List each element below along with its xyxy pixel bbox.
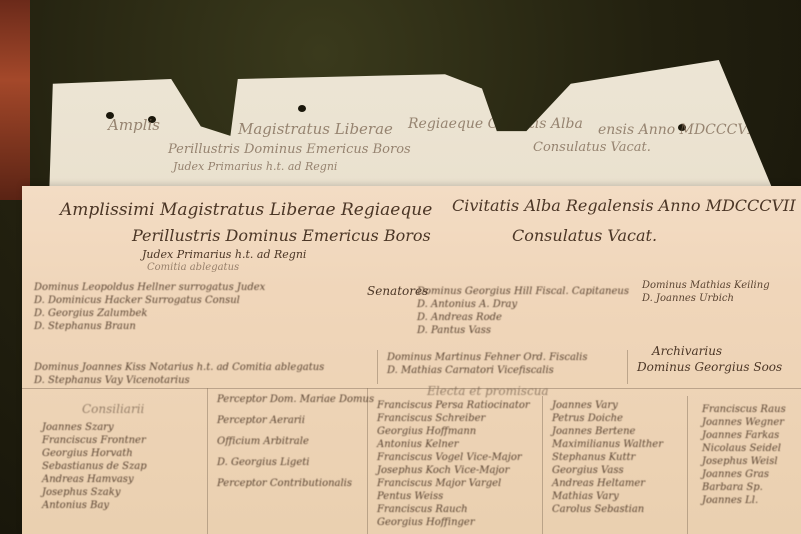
list-item: Georgius Hoffinger: [377, 517, 530, 528]
list-item: Officium Arbitrale: [217, 436, 374, 447]
worm-hole: [298, 105, 306, 112]
list-item: Sebastianus de Szap: [42, 461, 147, 472]
consulatus: Consulatus Vacat.: [512, 226, 657, 245]
list-item: Dominus Mathias Keiling: [642, 280, 770, 291]
list-item: Stephanus Kuttr: [552, 452, 663, 463]
list-item: Franciscus Vogel Vice-Major: [377, 452, 530, 463]
fiscal-officials-box: Dominus Martinus Fehner Ord. Fiscalis D.…: [387, 352, 587, 376]
list-item: Andreas Heltamer: [552, 478, 663, 489]
judex-title: Judex Primarius h.t. ad Regni: [142, 248, 306, 261]
list-item: Antonius Kelner: [377, 439, 530, 450]
list-item: D. Georgius Ligeti: [217, 457, 374, 468]
new-document: Amplissimi Magistratus Liberae Regiaeque…: [22, 186, 801, 534]
divider: [627, 350, 628, 384]
list-item: D. Stephanus Braun: [34, 321, 265, 332]
old-consulatus: Consulatus Vacat.: [533, 140, 651, 155]
list-item: Dominus Martinus Fehner Ord. Fiscalis: [387, 352, 587, 363]
divider: [542, 396, 543, 534]
divider: [207, 388, 208, 534]
archivarius-label: Archivarius: [652, 344, 722, 358]
old-fragment-1: Amplis: [108, 116, 160, 134]
list-item: Joannes Ll.: [702, 495, 786, 506]
list-item: Franciscus Schreiber: [377, 413, 530, 424]
list-item: D. Joannes Urbich: [642, 293, 770, 304]
list-item: Joannes Szary: [42, 422, 147, 433]
list-item: Dominus Leopoldus Hellner surrogatus Jud…: [34, 282, 265, 293]
list-item: Franciscus Major Vargel: [377, 478, 530, 489]
list-item: D. Stephanus Vay Vicenotarius: [34, 375, 324, 386]
red-fabric-edge: [0, 0, 30, 200]
archivarius-name: Dominus Georgius Soos: [637, 360, 782, 374]
consiliarii-list: Joannes Szary Franciscus Frontner Georgi…: [42, 422, 147, 511]
electa-list-3: Franciscus Raus Joannes Wegner Joannes F…: [702, 404, 786, 506]
list-item: D. Dominicus Hacker Surrogatus Consul: [34, 295, 265, 306]
senatores-list: Dominus Georgius Hill Fiscal. Capitaneus…: [417, 286, 629, 336]
list-item: Barbara Sp.: [702, 482, 786, 493]
old-line2: Perillustris Dominus Emericus Boros: [168, 142, 411, 157]
list-item: Perceptor Dom. Mariae Domus: [217, 394, 374, 405]
electa-list-2: Joannes Vary Petrus Doiche Joannes Berte…: [552, 400, 663, 515]
divider: [377, 350, 378, 384]
right-officials-list: Dominus Mathias Keiling D. Joannes Urbic…: [642, 280, 770, 304]
old-line3: Judex Primarius h.t. ad Regni: [173, 160, 337, 173]
consiliarii-label: Consiliarii: [82, 402, 144, 416]
list-item: Josephus Koch Vice-Major: [377, 465, 530, 476]
list-item: Joannes Bertene: [552, 426, 663, 437]
old-fragment-4: ensis Anno MDCCCVII: [598, 122, 759, 138]
list-item: Maximilianus Walther: [552, 439, 663, 450]
list-item: D. Pantus Vass: [417, 325, 629, 336]
list-item: Joannes Farkas: [702, 430, 786, 441]
list-item: Josephus Szaky: [42, 487, 147, 498]
judex-name: Perillustris Dominus Emericus Boros: [132, 226, 431, 245]
list-item: Franciscus Rauch: [377, 504, 530, 515]
list-item: Franciscus Raus: [702, 404, 786, 415]
list-item: Nicolaus Seidel: [702, 443, 786, 454]
left-officials-list-2: Dominus Joannes Kiss Notarius h.t. ad Co…: [34, 362, 324, 386]
list-item: Dominus Georgius Hill Fiscal. Capitaneus: [417, 286, 629, 297]
list-item: D. Mathias Carnatori Vicefiscalis: [387, 365, 587, 376]
list-item: Franciscus Persa Ratiocinator: [377, 400, 530, 411]
list-item: D. Georgius Zalumbek: [34, 308, 265, 319]
list-item: Franciscus Frontner: [42, 435, 147, 446]
electa-list-1: Franciscus Persa Ratiocinator Franciscus…: [377, 400, 530, 528]
list-item: D. Andreas Rode: [417, 312, 629, 323]
list-item: Mathias Vary: [552, 491, 663, 502]
list-item: Josephus Weisl: [702, 456, 786, 467]
heading-left: Amplissimi Magistratus Liberae Regiaeque: [60, 200, 432, 220]
list-item: Antonius Bay: [42, 500, 147, 511]
list-item: Joannes Wegner: [702, 417, 786, 428]
divider: [687, 396, 688, 534]
list-item: Perceptor Contributionalis: [217, 478, 374, 489]
heading-right: Civitatis Alba Regalensis Anno MDCCCVII: [452, 196, 796, 215]
list-item: Pentus Weiss: [377, 491, 530, 502]
list-item: Georgius Hoffmann: [377, 426, 530, 437]
divider: [22, 388, 801, 389]
list-item: Carolus Sebastian: [552, 504, 663, 515]
list-item: Dominus Joannes Kiss Notarius h.t. ad Co…: [34, 362, 324, 373]
left-officials-list: Dominus Leopoldus Hellner surrogatus Jud…: [34, 282, 265, 332]
list-item: Petrus Doiche: [552, 413, 663, 424]
list-item: Perceptor Aerarii: [217, 415, 374, 426]
list-item: Georgius Horvath: [42, 448, 147, 459]
old-fragment-2: Magistratus Liberae: [238, 120, 393, 138]
electa-label: Electa et promiscua: [427, 384, 549, 398]
list-item: Andreas Hamvasy: [42, 474, 147, 485]
list-item: D. Antonius A. Dray: [417, 299, 629, 310]
judex-title2: Comitia ablegatus: [147, 262, 239, 273]
list-item: Georgius Vass: [552, 465, 663, 476]
perceptors-list: Perceptor Dom. Mariae Domus Perceptor Ae…: [217, 394, 374, 489]
list-item: Joannes Gras: [702, 469, 786, 480]
list-item: Joannes Vary: [552, 400, 663, 411]
